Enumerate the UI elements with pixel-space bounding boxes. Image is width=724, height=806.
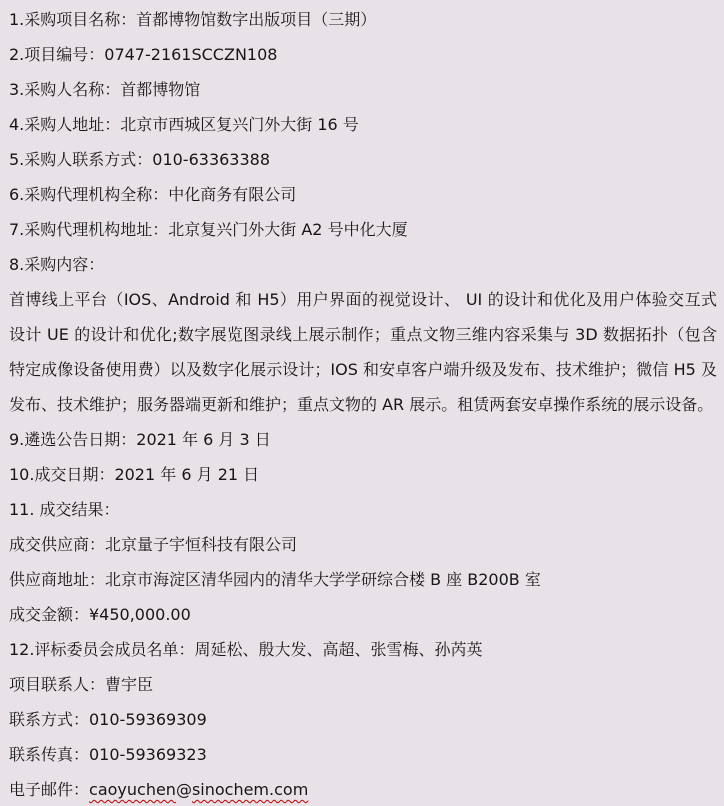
supplier-address-line: 供应商地址：北京市海淀区清华园内的清华大学学研综合楼 B 座 B200B 室 xyxy=(9,562,717,597)
contact-person-line: 项目联系人：曹宇臣 xyxy=(9,667,717,702)
purchaser-address-line: 4.采购人地址：北京市西城区复兴门外大街 16 号 xyxy=(9,107,717,142)
email-label: 电子邮件： xyxy=(9,780,89,799)
contact-fax-line: 联系传真：010-59369323 xyxy=(9,737,717,772)
contact-phone-line: 联系方式：010-59369309 xyxy=(9,702,717,737)
deal-date-line: 10.成交日期：2021 年 6 月 21 日 xyxy=(9,457,717,492)
procurement-announcement-document: 1.采购项目名称：首都博物馆数字出版项目（三期） 2.项目编号：0747-216… xyxy=(0,0,724,806)
purchaser-contact-line: 5.采购人联系方式：010-63363388 xyxy=(9,142,717,177)
result-heading-line: 11. 成交结果： xyxy=(9,492,717,527)
email-at-sign: @ xyxy=(176,780,192,799)
announcement-date-line: 9.遴选公告日期：2021 年 6 月 3 日 xyxy=(9,422,717,457)
deal-amount-line: 成交金额：¥450,000.00 xyxy=(9,597,717,632)
agency-name-line: 6.采购代理机构全称：中化商务有限公司 xyxy=(9,177,717,212)
committee-members-line: 12.评标委员会成员名单：周延松、殷大发、高超、张雪梅、孙芮英 xyxy=(9,632,717,667)
email-line: 电子邮件：caoyuchen@sinochem.com xyxy=(9,772,717,806)
supplier-name-line: 成交供应商：北京量子宇恒科技有限公司 xyxy=(9,527,717,562)
project-number-line: 2.项目编号：0747-2161SCCZN108 xyxy=(9,37,717,72)
project-name-line: 1.采购项目名称：首都博物馆数字出版项目（三期） xyxy=(9,2,717,37)
email-user-text: caoyuchen xyxy=(89,780,176,799)
purchaser-name-line: 3.采购人名称：首都博物馆 xyxy=(9,72,717,107)
email-domain-text: sinochem.com xyxy=(192,780,308,799)
procurement-content-heading: 8.采购内容： xyxy=(9,247,717,282)
procurement-content-body: 首博线上平台（IOS、Android 和 H5）用户界面的视觉设计、 UI 的设… xyxy=(9,282,717,422)
agency-address-line: 7.采购代理机构地址：北京复兴门外大街 A2 号中化大厦 xyxy=(9,212,717,247)
